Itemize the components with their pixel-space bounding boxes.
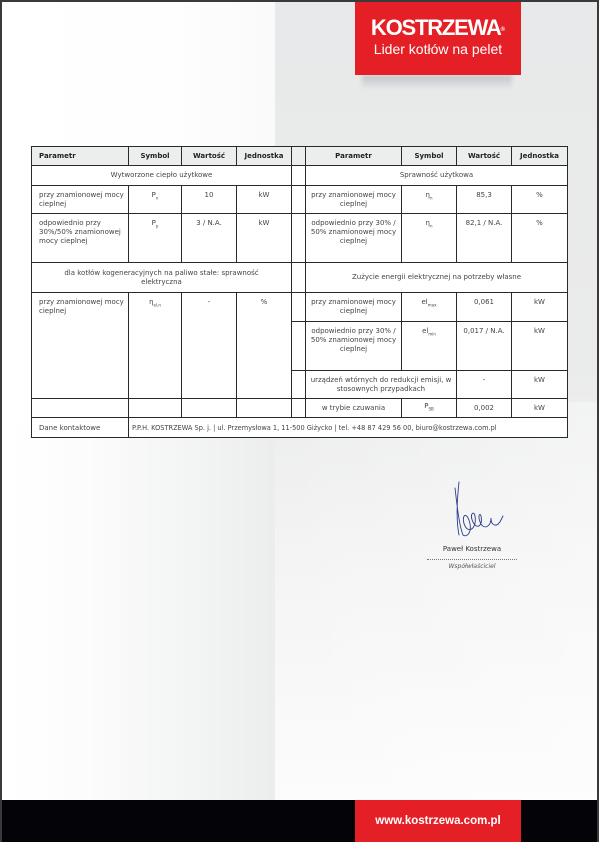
param-cell: przy znamionowej mocy cieplnej — [306, 186, 402, 214]
empty-cell — [32, 399, 129, 418]
spacer-cell — [292, 322, 306, 371]
brand-logo: KOSTRZEWA® Lider kotłów na pelet — [355, 2, 521, 75]
section-title: Zużycie energii elektrycznej na potrzeby… — [306, 263, 568, 293]
symbol-cell: elmax — [402, 293, 457, 322]
logo-shadow — [362, 75, 512, 89]
param-cell: przy znamionowej mocy cieplnej — [32, 293, 129, 399]
param-cell: urządzeń wtórnych do redukcji emisji, w … — [306, 371, 457, 399]
value-cell: - — [182, 293, 237, 399]
spacer-cell — [292, 399, 306, 418]
signature-line — [427, 559, 517, 560]
symbol-cell: ηel,n — [129, 293, 182, 399]
spacer-cell — [292, 371, 306, 399]
contact-row: Dane kontaktowe P.P.H. KOSTRZEWA Sp. j. … — [32, 418, 568, 438]
empty-cell — [129, 399, 182, 418]
param-cell: odpowiednio przy 30% / 50% znamionowej m… — [306, 214, 402, 263]
unit-cell: % — [512, 186, 568, 214]
spacer-cell — [292, 166, 306, 186]
value-cell: 82,1 / N.A. — [457, 214, 512, 263]
unit-cell: kW — [237, 186, 292, 214]
brand-name: KOSTRZEWA® — [355, 17, 521, 39]
signature-image — [447, 480, 507, 540]
unit-cell: % — [512, 214, 568, 263]
header-parametr: Parametr — [32, 147, 129, 166]
contact-label: Dane kontaktowe — [32, 418, 129, 438]
param-cell: odpowiednio przy 30% / 50% znamionowej m… — [306, 322, 402, 371]
section-title: Sprawność użytkowa — [306, 166, 568, 186]
unit-cell: kW — [512, 371, 568, 399]
footer-website-link[interactable]: www.kostrzewa.com.pl — [355, 800, 521, 842]
section-title: dla kotłów kogeneracyjnych na paliwo sta… — [32, 263, 292, 293]
table-row: przy znamionowej mocy cieplnej ηel,n - %… — [32, 293, 568, 322]
symbol-cell: Pn — [129, 186, 182, 214]
spacer-cell — [292, 263, 306, 293]
symbol-cell: Pp — [129, 214, 182, 263]
value-cell: - — [457, 371, 512, 399]
header-jednostka-right: Jednostka — [512, 147, 568, 166]
table-row: Wytworzone ciepło użytkowe Sprawność uży… — [32, 166, 568, 186]
value-cell: 0,061 — [457, 293, 512, 322]
header-symbol: Symbol — [129, 147, 182, 166]
background-right-fade — [275, 402, 597, 800]
section-title: Wytworzone ciepło użytkowe — [32, 166, 292, 186]
param-cell: przy znamionowej mocy cieplnej — [32, 186, 129, 214]
symbol-cell: ηn — [402, 186, 457, 214]
spacer-cell — [292, 214, 306, 263]
signer-role: Współwłaściciel — [407, 563, 537, 570]
unit-cell: % — [237, 293, 292, 399]
param-cell: odpowiednio przy 30%/50% znamionowej moc… — [32, 214, 129, 263]
param-cell: przy znamionowej mocy cieplnej — [306, 293, 402, 322]
value-cell: 10 — [182, 186, 237, 214]
spacer-cell — [292, 186, 306, 214]
empty-cell — [237, 399, 292, 418]
table-row: odpowiednio przy 30%/50% znamionowej moc… — [32, 214, 568, 263]
symbol-cell: PSB — [402, 399, 457, 418]
table-header-row: Parametr Symbol Wartość Jednostka Parame… — [32, 147, 568, 166]
brand-tagline: Lider kotłów na pelet — [355, 41, 521, 57]
header-parametr-right: Parametr — [306, 147, 402, 166]
symbol-cell: ηn — [402, 214, 457, 263]
value-cell: 3 / N.A. — [182, 214, 237, 263]
value-cell: 0,002 — [457, 399, 512, 418]
value-cell: 0,017 / N.A. — [457, 322, 512, 371]
table-row: przy znamionowej mocy cieplnej Pn 10 kW … — [32, 186, 568, 214]
spacer-cell — [292, 293, 306, 322]
value-cell: 85,3 — [457, 186, 512, 214]
unit-cell: kW — [237, 214, 292, 263]
symbol-cell: elmin — [402, 322, 457, 371]
document-page: KOSTRZEWA® Lider kotłów na pelet Paramet… — [2, 2, 597, 842]
signer-name: Paweł Kostrzewa — [407, 545, 537, 553]
header-spacer — [292, 147, 306, 166]
header-wartosc-right: Wartość — [457, 147, 512, 166]
unit-cell: kW — [512, 293, 568, 322]
header-symbol-right: Symbol — [402, 147, 457, 166]
unit-cell: kW — [512, 399, 568, 418]
header-wartosc: Wartość — [182, 147, 237, 166]
table-row: w trybie czuwania PSB 0,002 kW — [32, 399, 568, 418]
param-cell: w trybie czuwania — [306, 399, 402, 418]
specification-table: Parametr Symbol Wartość Jednostka Parame… — [31, 146, 568, 438]
contact-details: P.P.H. KOSTRZEWA Sp. j. | ul. Przemysłow… — [129, 418, 568, 438]
table-row: dla kotłów kogeneracyjnych na paliwo sta… — [32, 263, 568, 293]
header-jednostka: Jednostka — [237, 147, 292, 166]
unit-cell: kW — [512, 322, 568, 371]
empty-cell — [182, 399, 237, 418]
